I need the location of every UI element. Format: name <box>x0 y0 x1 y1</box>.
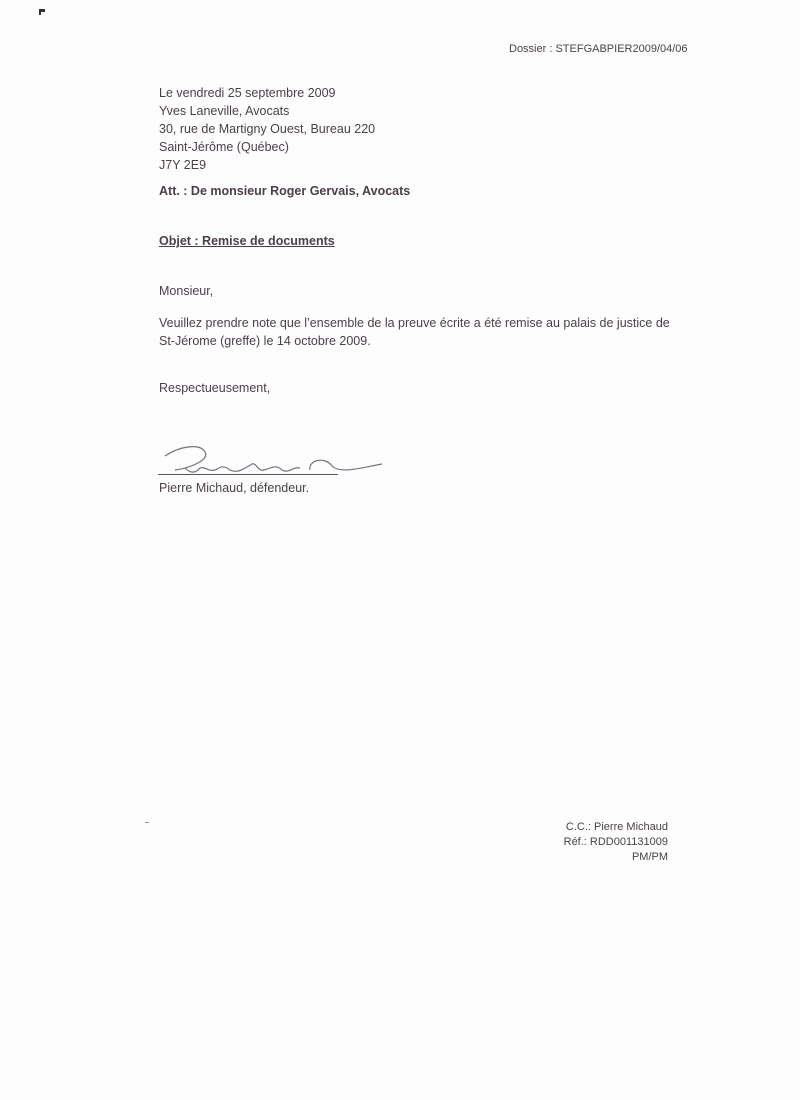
dossier-reference: Dossier : STEFGABPIER2009/04/06 <box>509 40 688 58</box>
subject-line: Objet : Remise de documents <box>159 232 335 250</box>
salutation: Monsieur, <box>159 282 213 300</box>
initials-line: PM/PM <box>564 850 668 865</box>
cc-line: C.C.: Pierre Michaud <box>564 820 668 835</box>
scan-artifact <box>145 822 149 823</box>
closing: Respectueusement, <box>159 379 270 397</box>
letter-heading: Le vendredi 25 septembre 2009 Yves Lanev… <box>159 84 375 174</box>
reference-line: Réf.: RDD001131009 <box>564 835 668 850</box>
body-line: St-Jérome (greffe) le 14 octobre 2009. <box>159 332 670 350</box>
attention-line: Att. : De monsieur Roger Gervais, Avocat… <box>159 182 410 200</box>
footer-block: C.C.: Pierre Michaud Réf.: RDD001131009 … <box>564 820 668 865</box>
recipient-address: 30, rue de Martigny Ouest, Bureau 220 <box>159 120 375 138</box>
signature <box>160 438 390 483</box>
recipient-postal-code: J7Y 2E9 <box>159 156 375 174</box>
recipient-name: Yves Laneville, Avocats <box>159 102 375 120</box>
signature-line <box>158 474 338 475</box>
signatory-name: Pierre Michaud, défendeur. <box>159 479 309 497</box>
letter-date: Le vendredi 25 septembre 2009 <box>159 84 375 102</box>
letter-body: Veuillez prendre note que l’ensemble de … <box>159 314 670 350</box>
scan-corner-mark <box>39 9 41 15</box>
body-line: Veuillez prendre note que l’ensemble de … <box>159 314 670 332</box>
recipient-city: Saint-Jérôme (Québec) <box>159 138 375 156</box>
